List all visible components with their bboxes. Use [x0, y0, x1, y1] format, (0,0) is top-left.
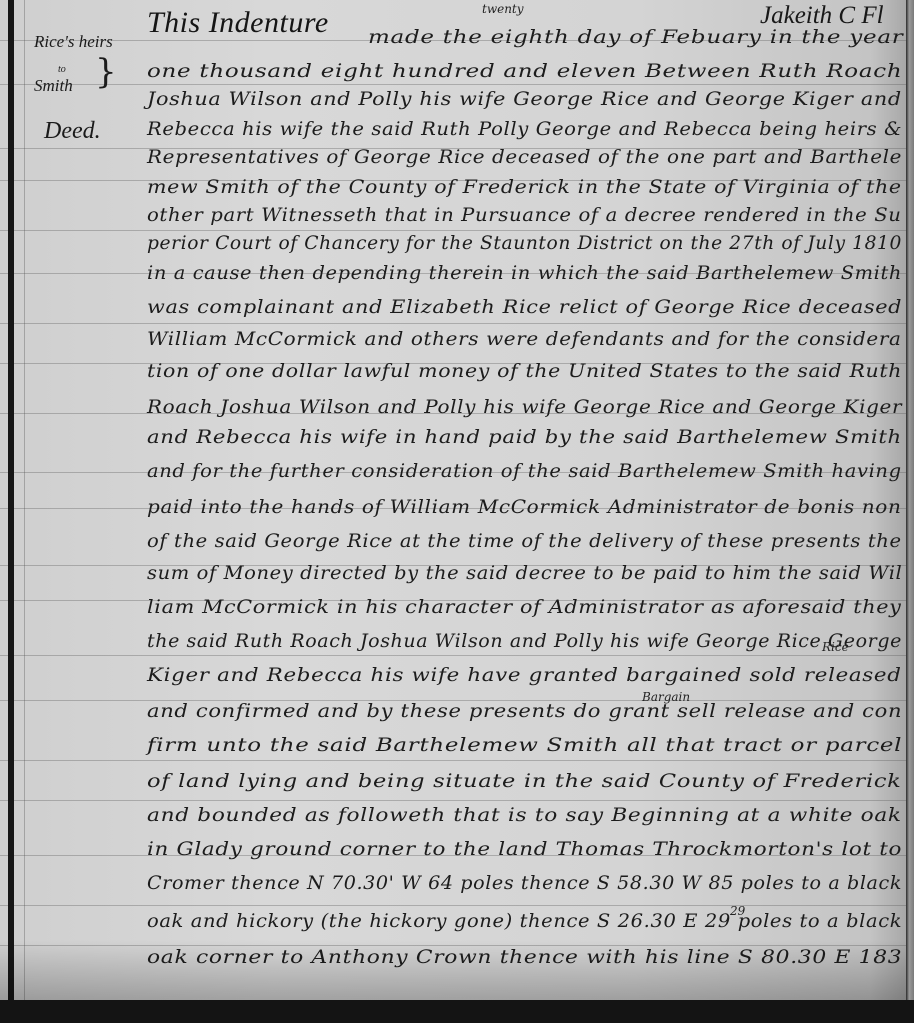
text-line: firm unto the said Barthelemew Smith all…: [147, 734, 902, 756]
text-line: sum of Money directed by the said decree…: [147, 562, 902, 584]
ruled-line: [0, 655, 906, 656]
text-line: Cromer thence N 70.30' W 64 poles thence…: [147, 872, 902, 894]
margin-note-deed: Deed.: [44, 118, 101, 145]
ruled-line: [0, 230, 906, 231]
interlineation-rice: Rice: [822, 640, 849, 654]
text-line: and for the further consideration of the…: [147, 460, 902, 482]
brace-icon: }: [95, 52, 117, 92]
text-line: mew Smith of the County of Frederick in …: [147, 176, 902, 198]
ruled-line: [0, 905, 906, 906]
text-line: the said Ruth Roach Joshua Wilson and Po…: [147, 630, 902, 652]
ruled-line: [0, 800, 906, 801]
text-line: was complainant and Elizabeth Rice relic…: [147, 296, 902, 318]
text-line: oak corner to Anthony Crown thence with …: [147, 946, 902, 968]
text-line: in Glady ground corner to the land Thoma…: [147, 838, 902, 860]
text-line: Joshua Wilson and Polly his wife George …: [147, 88, 902, 110]
heading-continuation: made the eighth day of Febuary in the ye…: [368, 26, 904, 48]
ruled-line: [0, 84, 906, 85]
interlineation-twenty: twenty: [482, 2, 524, 16]
text-line: Kiger and Rebecca his wife have granted …: [147, 664, 902, 686]
scan-bottom-border: [0, 1000, 914, 1023]
text-line: Rebecca his wife the said Ruth Polly Geo…: [147, 118, 902, 140]
text-line: perior Court of Chancery for the Staunto…: [147, 232, 902, 254]
ruled-line: [0, 323, 906, 324]
text-line: Roach Joshua Wilson and Polly his wife G…: [147, 396, 902, 418]
text-line: Representatives of George Rice deceased …: [147, 146, 902, 168]
text-line: liam McCormick in his character of Admin…: [147, 596, 902, 618]
margin-note-to: to: [58, 64, 66, 75]
facing-page-edge: [906, 0, 914, 1023]
text-line: of the said George Rice at the time of t…: [147, 530, 902, 552]
text-line: paid into the hands of William McCormick…: [147, 496, 901, 518]
ruled-line: [0, 760, 906, 761]
text-line: oak and hickory (the hickory gone) thenc…: [147, 910, 902, 932]
document-heading: This Indenture: [147, 6, 329, 40]
left-margin-thin-rule: [24, 0, 25, 1000]
text-line: one thousand eight hundred and eleven Be…: [147, 60, 902, 82]
text-line: other part Witnesseth that in Pursuance …: [147, 204, 902, 226]
text-line: tion of one dollar lawful money of the U…: [147, 360, 902, 382]
left-margin-rule: [8, 0, 14, 1000]
margin-note-heirs: Rice's heirs: [34, 32, 113, 52]
text-line: and bounded as followeth that is to say …: [147, 804, 902, 826]
margin-note-grantee: Smith: [34, 76, 73, 96]
text-line: and Rebecca his wife in hand paid by the…: [147, 426, 902, 448]
ledger-page: Rice's heirs to Smith } Deed. Jakeith C …: [0, 0, 906, 1000]
text-line: and confirmed and by these presents do g…: [147, 700, 902, 722]
text-line: William McCormick and others were defend…: [147, 328, 902, 350]
text-line: of land lying and being situate in the s…: [147, 770, 902, 792]
ruled-line: [0, 945, 906, 946]
text-line: in a cause then depending therein in whi…: [147, 262, 902, 284]
